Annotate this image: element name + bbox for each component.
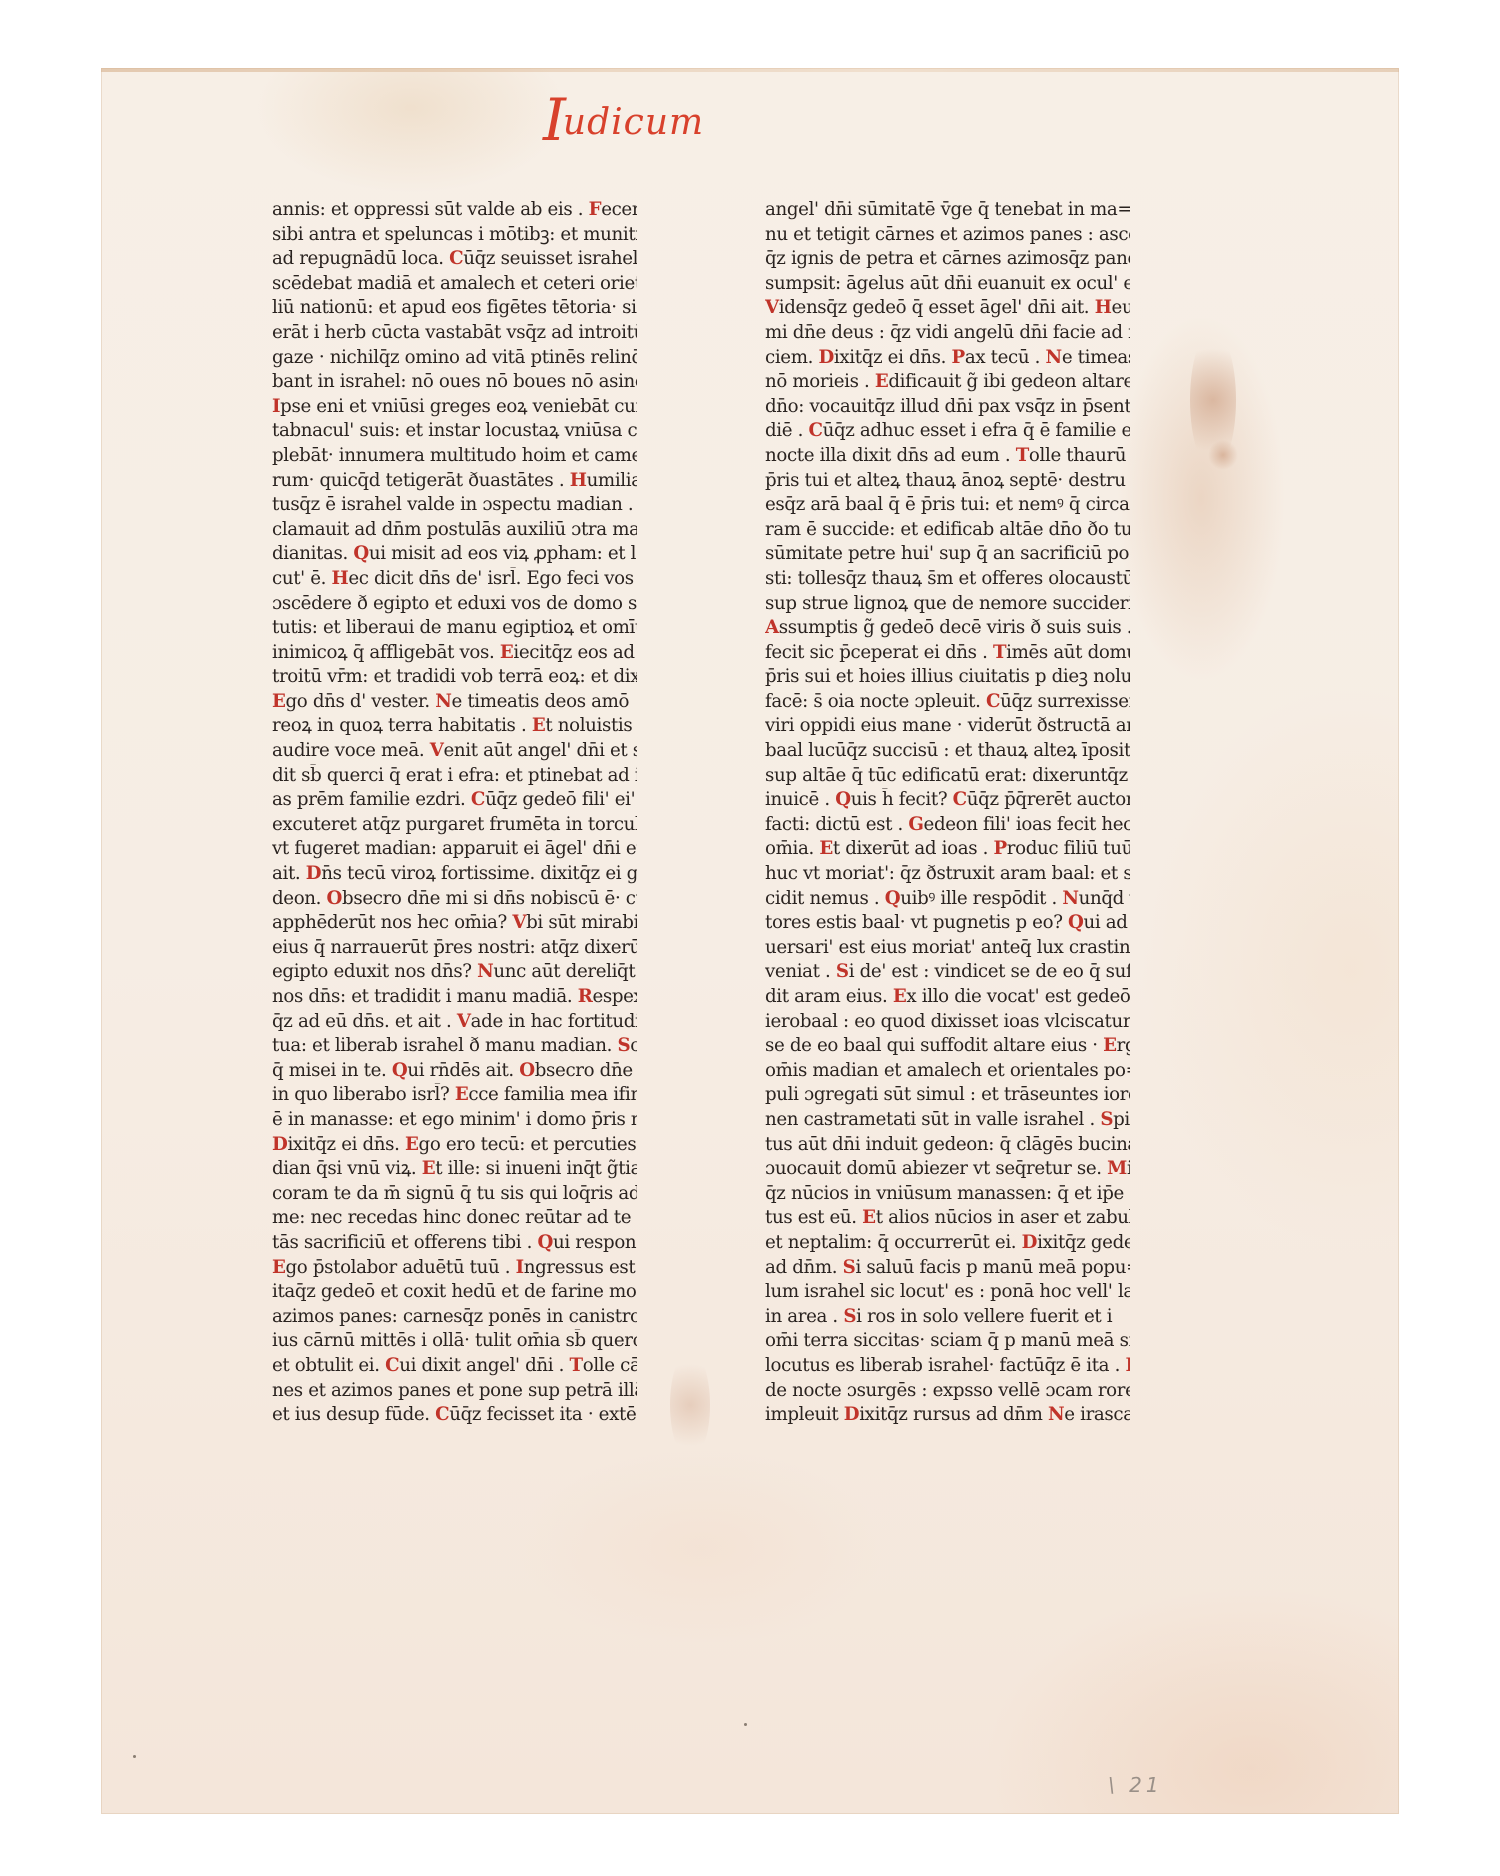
text-column-right: angel' dn̄i sūmitatē v̄ge q̄ tenebat in … bbox=[765, 198, 1130, 1428]
rubricated-initial: E bbox=[500, 642, 514, 663]
text-segment: diē . bbox=[765, 420, 808, 441]
text-line: liū nationū: et apud eos figētes tētoria… bbox=[272, 296, 637, 321]
text-segment: sup altāe q̄ tūc edificatū erat: dixerun… bbox=[765, 765, 1130, 786]
text-line: tus est eū. Et alios nūcios in aser et z… bbox=[765, 1206, 1130, 1231]
text-line: Ego dn̄s d' vester. Ne timeatis deos amō bbox=[272, 690, 637, 715]
text-segment: ixitq̄z ei dn̄s. bbox=[287, 1134, 405, 1155]
paper-speck bbox=[744, 1723, 747, 1726]
text-segment: vt fugeret madian: apparuit ei āgel' dn̄… bbox=[272, 838, 637, 859]
text-segment: ec dicit dn̄s de' isrl̄. Ego feci vos bbox=[348, 568, 633, 589]
rubricated-initial: E bbox=[1125, 1355, 1130, 1376]
text-line: ram ē succide: et edificab altāe dn̄o ðo… bbox=[765, 518, 1130, 543]
text-segment: e timeas : bbox=[1062, 347, 1130, 368]
rubricated-initial: C bbox=[953, 789, 967, 810]
text-segment: t alios nūcios in aser et zabulō bbox=[876, 1207, 1130, 1228]
rubricated-initial: I bbox=[516, 1257, 524, 1278]
rubricated-initial: T bbox=[570, 1355, 583, 1376]
rubricated-initial: V bbox=[457, 1011, 471, 1032]
text-segment: eceru͂tq̄z bbox=[601, 199, 637, 220]
rubricated-initial: D bbox=[306, 863, 321, 884]
text-line: ciem. Dixitq̄z ei dn̄s. Pax tecū . Ne ti… bbox=[765, 346, 1130, 371]
text-line: q̄z nūcios in vniūsum manassen: q̄ et ip… bbox=[765, 1182, 1130, 1207]
text-line: in quo liberabo isrl̄? Ecce familia mea … bbox=[272, 1083, 637, 1108]
rubricated-initial: S bbox=[1100, 1109, 1113, 1130]
text-segment: e irascat' bbox=[1064, 1404, 1130, 1425]
rubricated-initial: E bbox=[272, 691, 286, 712]
text-segment: veniat . bbox=[765, 961, 836, 982]
text-line: rum· quicq̄d tetigerāt ðuastātes . Humil… bbox=[272, 469, 637, 494]
rubricated-initial: C bbox=[986, 691, 1000, 712]
text-line: dian q̄si vnū viꝝ. Et ille: si inueni in… bbox=[272, 1157, 637, 1182]
text-segment: itaq̄z gedeō et coxit hedū et de farine … bbox=[272, 1281, 637, 1302]
text-segment: cito bbox=[630, 1035, 637, 1056]
text-segment: ɔuocauit domū abiezer vt seq̄retur se. bbox=[765, 1158, 1107, 1179]
text-segment: huc vt moriat': q̄z ðstruxit aram baal: … bbox=[765, 863, 1130, 884]
text-line: huc vt moriat': q̄z ðstruxit aram baal: … bbox=[765, 862, 1130, 887]
text-line: tās sacrificiū et offerens tibi . Qui re… bbox=[272, 1231, 637, 1256]
text-segment: azimos panes: carnesq̄z ponēs in canistr… bbox=[272, 1306, 637, 1327]
text-segment: nocte illa dixit dn̄s ad eum . bbox=[765, 445, 1016, 466]
text-segment: ūq̄z p̄q̄rerēt auctorē bbox=[967, 789, 1130, 810]
text-segment: ixitq̄z gedeō bbox=[1037, 1232, 1130, 1253]
text-segment: tusq̄z ē israhel valde in ɔspectu madian… bbox=[272, 494, 637, 515]
text-line: tores estis baal· vt pugnetis p eo? Qui … bbox=[765, 911, 1130, 936]
text-segment: ssumptis g̃ gedeō decē viris ð suis suis… bbox=[779, 617, 1130, 638]
text-line: mi dn̄e deus : q̄z vidi angelū dn̄i faci… bbox=[765, 321, 1130, 346]
text-segment: ciem. bbox=[765, 347, 818, 368]
rubricated-initial: Q bbox=[885, 888, 901, 909]
text-segment: fecit sic p̄ceperat ei dn̄s . bbox=[765, 642, 993, 663]
text-line: facē: s̄ oia nocte ɔpleuit. Cūq̄z surrex… bbox=[765, 690, 1130, 715]
text-line: reoꝝ in quoꝝ terra habitatis . Et noluis… bbox=[272, 714, 637, 739]
text-line: facti: dictū est . Gedeon fili' ioas fec… bbox=[765, 813, 1130, 838]
rubricated-initial: D bbox=[1022, 1232, 1037, 1253]
text-segment: tabnacul' suis: et instar locustaꝝ vniūs… bbox=[272, 420, 637, 441]
text-segment: facē: s̄ oia nocte ɔpleuit. bbox=[765, 691, 986, 712]
text-segment: imēs aūt domum bbox=[1006, 642, 1130, 663]
text-segment: uibꝰ ille respōdit . bbox=[900, 888, 1062, 909]
text-segment: cut' ē. bbox=[272, 568, 332, 589]
text-segment: sup strue lignoꝝ que de nemore succideri… bbox=[765, 593, 1130, 614]
text-line: p̄ris sui et hoies illius ciuitatis p di… bbox=[765, 665, 1130, 690]
text-line: q̄z ad eū dn̄s. et ait . Vade in hac for… bbox=[272, 1010, 637, 1035]
text-line: gaze · nichilq̄z omino ad vitā ptinēs re… bbox=[272, 346, 637, 371]
running-head-iudicum: Iudicum bbox=[543, 100, 704, 143]
text-segment: et neptalim: q̄ occurrerūt ei. bbox=[765, 1232, 1022, 1253]
text-segment: tua: et liberab israhel ð manu madian. bbox=[272, 1035, 617, 1056]
text-line: ierobaal : eo quod dixisset ioas vlcisca… bbox=[765, 1010, 1130, 1035]
rubricated-initial: E bbox=[819, 838, 833, 859]
text-line: ad repugnādū loca. Cūq̄z seuisset israhe… bbox=[272, 247, 637, 272]
rubricated-initial: O bbox=[519, 1060, 535, 1081]
text-segment: idensq̄z gedeō q̄ esset āgel' dn̄i ait. bbox=[779, 297, 1095, 318]
text-segment: ē in manasse: et ego minim' i domo p̄ris… bbox=[272, 1109, 637, 1130]
text-line: nen castrametati sūt in valle israhel . … bbox=[765, 1108, 1130, 1133]
text-segment: ixitq̄z rursus ad dn̄m bbox=[859, 1404, 1048, 1425]
text-segment: bsecro dn̄e mi bbox=[535, 1060, 637, 1081]
text-line: sūmitate petre hui' sup q̄ an sacrificiū… bbox=[765, 542, 1130, 567]
text-line: sup altāe q̄ tūc edificatū erat: dixerun… bbox=[765, 764, 1130, 789]
rubricated-initial: E bbox=[1103, 1035, 1117, 1056]
text-segment: nen castrametati sūt in valle israhel . bbox=[765, 1109, 1100, 1130]
text-line: tusq̄z ē israhel valde in ɔspectu madian… bbox=[272, 493, 637, 518]
rubricated-initial: S bbox=[843, 1306, 856, 1327]
text-segment: ius cārnū mittēs i ollā· tulit om̄ia sb̄… bbox=[272, 1330, 637, 1351]
rubricated-initial: H bbox=[570, 470, 587, 491]
text-segment: bant in israhel: nō oues nō boues nō asi… bbox=[272, 371, 637, 392]
text-segment: in quo liberabo isrl̄? bbox=[272, 1084, 455, 1105]
text-segment: sūmitate petre hui' sup q̄ an sacrificiū… bbox=[765, 543, 1130, 564]
text-line: me: nec recedas hinc donec reūtar ad te … bbox=[272, 1206, 637, 1231]
text-line: nō morieis . Edificauit g̃ ibi gedeon al… bbox=[765, 370, 1130, 395]
text-line: clamauit ad dn̄m postulās auxiliū ɔtra m… bbox=[272, 518, 637, 543]
rubricated-initial: Q bbox=[835, 789, 851, 810]
text-segment: liū nationū: et apud eos figētes tētoria… bbox=[272, 297, 637, 318]
text-segment: ūq̄z surrexissent bbox=[1000, 691, 1130, 712]
text-segment: dn̄o: vocauitq̄z illud dn̄i pax vsq̄z in… bbox=[765, 396, 1130, 417]
text-segment: de nocte ɔsurgēs : expsso vellē ɔcam ror… bbox=[765, 1380, 1130, 1401]
text-line: fecit sic p̄ceperat ei dn̄s . Timēs aūt … bbox=[765, 641, 1130, 666]
text-segment: inimicoꝝ q̄ affligebāt vos. bbox=[272, 642, 500, 663]
text-segment: e timeatis deos amō bbox=[451, 691, 629, 712]
text-column-left: annis: et oppressi sūt valde ab eis . Fe… bbox=[272, 198, 637, 1428]
text-segment: tutis: et liberaui de manu egiptioꝝ et o… bbox=[272, 617, 637, 638]
text-line: inimicoꝝ q̄ affligebāt vos. Eiecitq̄z eo… bbox=[272, 641, 637, 666]
rubricated-initial: Q bbox=[1068, 912, 1084, 933]
text-segment: om̄i terra siccitas· sciam q̄ p manū meā… bbox=[765, 1330, 1130, 1351]
rubricated-initial: Q bbox=[353, 543, 369, 564]
text-segment: edeon fili' ioas fecit hec bbox=[924, 814, 1130, 835]
text-line: de nocte ɔsurgēs : expsso vellē ɔcam ror… bbox=[765, 1379, 1130, 1404]
text-line: plebāt· innumera multitudo hoim et camel… bbox=[272, 444, 637, 469]
text-segment: nu et tetigit cārnes et azimos panes : a… bbox=[765, 224, 1130, 245]
text-line: tus aūt dn̄i induit gedeon: q̄ clāgēs bu… bbox=[765, 1133, 1130, 1158]
text-line: erāt i herb cūcta vastabāt vsq̄z ad intr… bbox=[272, 321, 637, 346]
leaf-top-edge bbox=[101, 68, 1399, 72]
rubricated-initial: S bbox=[617, 1035, 630, 1056]
text-segment: x illo die vocat' est gedeō bbox=[906, 986, 1130, 1007]
text-line: et ius desup fūde. Cūq̄z fecisset ita · … bbox=[272, 1403, 637, 1428]
rubricated-initial: C bbox=[471, 789, 485, 810]
text-segment: viri oppidi eius mane · viderūt ðstructā… bbox=[765, 715, 1130, 736]
text-segment: ad repugnādū loca. bbox=[272, 248, 449, 269]
rubricated-initial: E bbox=[422, 1158, 436, 1179]
text-segment: deon. bbox=[272, 888, 327, 909]
text-line: q̄ misei in te. Qui rn̄dēs ait. Obsecro … bbox=[272, 1059, 637, 1084]
text-segment: clamauit ad dn̄m postulās auxiliū ɔtra m… bbox=[272, 519, 637, 540]
text-segment: dificauit g̃ ibi gedeon altare bbox=[888, 371, 1130, 392]
text-line: sumpsit: āgelus aūt dn̄i euanuit ex ocul… bbox=[765, 272, 1130, 297]
text-line: baal lucūq̄z succisū : et thauꝝ alteꝝ īp… bbox=[765, 739, 1130, 764]
text-segment: ūq̄z seuisset israhel a= bbox=[463, 248, 637, 269]
text-line: dit aram eius. Ex illo die vocat' est ge… bbox=[765, 985, 1130, 1010]
text-segment: q̄ misei in te. bbox=[272, 1060, 392, 1081]
rubricated-initial: Q bbox=[392, 1060, 408, 1081]
text-line: troitū vr̄m: et tradidi vob terrā eoꝝ: e… bbox=[272, 665, 637, 690]
text-segment: ierobaal : eo quod dixisset ioas vlcisca… bbox=[765, 1011, 1130, 1032]
text-line: scēdebat madiā et amalech et ceteri orie… bbox=[272, 272, 637, 297]
text-segment: egipto eduxit nos dn̄s? bbox=[272, 961, 477, 982]
rubricated-initial: N bbox=[1062, 888, 1078, 909]
rubricated-initial: O bbox=[327, 888, 343, 909]
text-segment: olle thaurū bbox=[1029, 445, 1126, 466]
text-segment: ui rn̄dēs ait. bbox=[407, 1060, 519, 1081]
text-segment: tus aūt dn̄i induit gedeon: q̄ clāgēs bu… bbox=[765, 1134, 1130, 1155]
text-segment: me: nec recedas hinc donec reūtar ad te … bbox=[272, 1207, 637, 1228]
text-segment: ram ē succide: et edificab altāe dn̄o ðo… bbox=[765, 519, 1130, 540]
text-line: diē . Cūq̄z adhuc esset i efra q̄ ē fami… bbox=[765, 419, 1130, 444]
text-line: ius cārnū mittēs i ollā· tulit om̄ia sb̄… bbox=[272, 1329, 637, 1354]
rubricated-initial: E bbox=[532, 715, 546, 736]
text-segment: scēdebat madiā et amalech et ceteri orie… bbox=[272, 273, 637, 294]
text-line: inuicē . Quis h̄ fecit? Cūq̄z p̄q̄rerēt … bbox=[765, 788, 1130, 813]
text-segment: cidit nemus . bbox=[765, 888, 885, 909]
text-segment: go dn̄s d' vester. bbox=[286, 691, 436, 712]
text-line: azimos panes: carnesq̄z ponēs in canistr… bbox=[272, 1305, 637, 1330]
rubricated-initial: N bbox=[1048, 1404, 1064, 1425]
text-segment: ui misit ad eos viꝝ ꝓpham: et lo bbox=[369, 543, 637, 564]
text-segment: dianitas. bbox=[272, 543, 353, 564]
text-segment: ixitq̄z ei dn̄s. bbox=[834, 347, 952, 368]
water-stain bbox=[670, 1350, 710, 1460]
text-line: veniat . Si de' est : vindicet se de eo … bbox=[765, 960, 1130, 985]
rubricated-initial: N bbox=[477, 961, 493, 982]
text-segment: bsecro dn̄e mi si dn̄s nobiscū ē· cur g bbox=[342, 888, 637, 909]
rubricated-initial: Q bbox=[538, 1232, 554, 1253]
text-line: se de eo baal qui suffodit altare eius ·… bbox=[765, 1034, 1130, 1059]
text-line: ē in manasse: et ego minim' i domo p̄ris… bbox=[272, 1108, 637, 1133]
text-line: dn̄o: vocauitq̄z illud dn̄i pax vsq̄z in… bbox=[765, 395, 1130, 420]
rubricated-initial: I bbox=[272, 396, 280, 417]
rubricated-initial: S bbox=[843, 1257, 856, 1278]
text-segment: angel' dn̄i sūmitatē v̄ge q̄ tenebat in … bbox=[765, 199, 1130, 220]
rubricated-initial: H bbox=[1095, 297, 1112, 318]
text-line: uersari' est eius moriat' anteq̄ lux cra… bbox=[765, 936, 1130, 961]
text-segment: om̄is madian et amalech et orientales po… bbox=[765, 1060, 1130, 1081]
rubricated-initial: C bbox=[449, 248, 463, 269]
text-line: deon. Obsecro dn̄e mi si dn̄s nobiscū ē·… bbox=[272, 887, 637, 912]
text-segment: i de' est : vindicet se de eo q̄ suffo bbox=[849, 961, 1130, 982]
text-segment: ade in hac fortitudie bbox=[471, 1011, 637, 1032]
text-segment: dit sb̄ querci q̄ erat i efra: et ptineb… bbox=[272, 765, 637, 786]
text-segment: n̄s tecū viroꝝ fortissime. dixitq̄z ei g… bbox=[321, 863, 637, 884]
text-line: om̄ia. Et dixerūt ad ioas . Produc filiū… bbox=[765, 837, 1130, 862]
rubricated-initial: D bbox=[272, 1134, 287, 1155]
rubricated-initial: S bbox=[836, 961, 849, 982]
text-segment: go ero tecū: et percuties ma bbox=[419, 1134, 637, 1155]
text-segment: ait. bbox=[272, 863, 306, 884]
text-line: dit sb̄ querci q̄ erat i efra: et ptineb… bbox=[272, 764, 637, 789]
text-line: lum israhel sic locut' es : ponā hoc vel… bbox=[765, 1280, 1130, 1305]
text-line: Dixitq̄z ei dn̄s. Ego ero tecū: et percu… bbox=[272, 1133, 637, 1158]
text-segment: t ille: si inueni inq̄t g̃tiam bbox=[435, 1158, 637, 1179]
text-segment: sumpsit: āgelus aūt dn̄i euanuit ex ocul… bbox=[765, 273, 1130, 294]
text-line: sti: tollesq̄z thauꝝ s̄m et offeres oloc… bbox=[765, 567, 1130, 592]
text-line: dianitas. Qui misit ad eos viꝝ ꝓpham: et… bbox=[272, 542, 637, 567]
text-line: tua: et liberab israhel ð manu madian. S… bbox=[272, 1034, 637, 1059]
text-segment: unc aūt dereliq̄t bbox=[493, 961, 635, 982]
text-segment: tus est eū. bbox=[765, 1207, 862, 1228]
text-segment: p̄ris tui et alteꝝ thauꝝ ānoꝝ septē· des… bbox=[765, 470, 1126, 491]
text-segment: i saluū facis p manū meā popu= bbox=[855, 1257, 1130, 1278]
text-segment: troitū vr̄m: et tradidi vob terrā eoꝝ: e… bbox=[272, 666, 637, 687]
text-segment: se de eo baal qui suffodit altare eius · bbox=[765, 1035, 1103, 1056]
rubricated-initial: N bbox=[1046, 347, 1062, 368]
rubricated-initial: P bbox=[952, 347, 965, 368]
text-segment: q̄z ignis de petra et cārnes azimosq̄z p… bbox=[765, 248, 1130, 269]
rubricated-initial: E bbox=[893, 986, 907, 1007]
rubricated-initial: N bbox=[435, 691, 451, 712]
text-line: tabnacul' suis: et instar locustaꝝ vniūs… bbox=[272, 419, 637, 444]
rubricated-initial: D bbox=[818, 347, 833, 368]
rubricated-initial: E bbox=[405, 1134, 419, 1155]
text-line: ɔscēdere ð egipto et eduxi vos de domo s… bbox=[272, 592, 637, 617]
text-line: excuteret atq̄z purgaret frumēta in torc… bbox=[272, 813, 637, 838]
text-segment: erāt i herb cūcta vastabāt vsq̄z ad intr… bbox=[272, 322, 637, 343]
text-segment: ui respondit bbox=[553, 1232, 637, 1253]
text-segment: t noluistis bbox=[545, 715, 632, 736]
text-line: as prēm familie ezdri. Cūq̄z gedeō fili'… bbox=[272, 788, 637, 813]
text-segment: excuteret atq̄z purgaret frumēta in torc… bbox=[272, 814, 637, 835]
text-segment: apphēderūt nos hec om̄ia? bbox=[272, 912, 512, 933]
text-segment: dian q̄si vnū viꝝ. bbox=[272, 1158, 422, 1179]
rubricated-initial: T bbox=[993, 642, 1006, 663]
text-line: Vidensq̄z gedeō q̄ esset āgel' dn̄i ait.… bbox=[765, 296, 1130, 321]
text-line: tutis: et liberaui de manu egiptioꝝ et o… bbox=[272, 616, 637, 641]
text-segment: impleuit bbox=[765, 1404, 844, 1425]
text-segment: enit aūt angel' dn̄i et se bbox=[443, 740, 637, 761]
text-segment: isit bbox=[1127, 1158, 1130, 1179]
rubricated-initial: D bbox=[844, 1404, 859, 1425]
rubricated-initial: E bbox=[862, 1207, 876, 1228]
text-segment: rum· quicq̄d tetigerāt ðuastātes . bbox=[272, 470, 570, 491]
text-segment: mi dn̄e deus : q̄z vidi angelū dn̄i faci… bbox=[765, 322, 1130, 343]
text-segment: sti: tollesq̄z thauꝝ s̄m et offeres oloc… bbox=[765, 568, 1130, 589]
text-segment: inuicē . bbox=[765, 789, 835, 810]
text-segment: umilia bbox=[587, 470, 637, 491]
rubricated-initial: V bbox=[512, 912, 526, 933]
text-segment: ngressus est bbox=[524, 1257, 636, 1278]
text-segment: piri bbox=[1113, 1109, 1130, 1130]
rubricated-initial: A bbox=[765, 617, 779, 638]
text-segment: olle cā bbox=[583, 1355, 637, 1376]
text-line: itaq̄z gedeō et coxit hedū et de farine … bbox=[272, 1280, 637, 1305]
text-segment: sibi antra et speluncas i mōtibꝫ: et mun… bbox=[272, 224, 637, 245]
text-line: viri oppidi eius mane · viderūt ðstructā… bbox=[765, 714, 1130, 739]
text-segment: ad dn̄m. bbox=[765, 1257, 843, 1278]
rubricated-initial: G bbox=[908, 814, 923, 835]
text-line: nes et azimos panes et pone sup petrā il… bbox=[272, 1379, 637, 1404]
text-line: eius q̄ narrauerūt p̄res nostri: atq̄z d… bbox=[272, 936, 637, 961]
text-line: Ipse eni et vniūsi greges eoꝝ veniebāt c… bbox=[272, 395, 637, 420]
text-line: audire voce meā. Venit aūt angel' dn̄i e… bbox=[272, 739, 637, 764]
text-line: angel' dn̄i sūmitatē v̄ge q̄ tenebat in … bbox=[765, 198, 1130, 223]
rubricated-initial: P bbox=[993, 838, 1006, 859]
rubricated-initial: V bbox=[430, 740, 444, 761]
rubricated-initial: M bbox=[1107, 1158, 1127, 1179]
running-head-text: udicum bbox=[563, 102, 704, 143]
text-segment: om̄ia. bbox=[765, 838, 819, 859]
text-segment: nos dn̄s: et tradidit i manu madiā. bbox=[272, 986, 578, 1007]
text-line: impleuit Dixitq̄z rursus ad dn̄m Ne iras… bbox=[765, 1403, 1130, 1428]
text-line: esq̄z arā baal q̄ ē p̄ris tui: et nemꝰ q… bbox=[765, 493, 1130, 518]
rubricated-initial: R bbox=[578, 986, 593, 1007]
text-segment: ūq̄z fecisset ita · extēdit bbox=[449, 1404, 637, 1425]
pencil-folio-note: \ 21 bbox=[1108, 1773, 1163, 1797]
rubricated-initial: E bbox=[875, 371, 889, 392]
text-line: ɔuocauit domū abiezer vt seq̄retur se. M… bbox=[765, 1157, 1130, 1182]
text-segment: gaze · nichilq̄z omino ad vitā ptinēs re… bbox=[272, 347, 637, 368]
text-segment: eu bbox=[1112, 297, 1130, 318]
text-segment: cce familia mea ifima bbox=[468, 1084, 637, 1105]
text-segment: p̄ris sui et hoies illius ciuitatis p di… bbox=[765, 666, 1130, 687]
text-segment: q̄z nūcios in vniūsum manassen: q̄ et ip… bbox=[765, 1183, 1130, 1204]
rubricated-initial: E bbox=[272, 1257, 286, 1278]
text-line: q̄z ignis de petra et cārnes azimosq̄z p… bbox=[765, 247, 1130, 272]
text-segment: lum israhel sic locut' es : ponā hoc vel… bbox=[765, 1281, 1130, 1302]
text-segment: et obtulit ei. bbox=[272, 1355, 385, 1376]
text-line: ad dn̄m. Si saluū facis p manū meā popu= bbox=[765, 1256, 1130, 1281]
text-segment: ui ad bbox=[1084, 912, 1128, 933]
text-line: nos dn̄s: et tradidit i manu madiā. Resp… bbox=[272, 985, 637, 1010]
text-segment: ūq̄z adhuc esset i efra q̄ ē familie ezd… bbox=[823, 420, 1130, 441]
text-segment: as prēm familie ezdri. bbox=[272, 789, 471, 810]
rubricated-initial: C bbox=[385, 1355, 399, 1376]
rubricated-initial: F bbox=[589, 199, 602, 220]
text-line: om̄is madian et amalech et orientales po… bbox=[765, 1059, 1130, 1084]
text-segment: et ius desup fūde. bbox=[272, 1404, 435, 1425]
text-segment: facti: dictū est . bbox=[765, 814, 908, 835]
text-line: et obtulit ei. Cui dixit angel' dn̄i . T… bbox=[272, 1354, 637, 1379]
text-line: locutus es liberab israhel· factūq̄z ē i… bbox=[765, 1354, 1130, 1379]
text-segment: ax tecū . bbox=[965, 347, 1046, 368]
text-segment: puli ɔgregati sūt simul : et trāseuntes … bbox=[765, 1084, 1130, 1105]
text-segment: nō morieis . bbox=[765, 371, 875, 392]
text-line: sup strue lignoꝝ que de nemore succideri… bbox=[765, 592, 1130, 617]
text-segment: esq̄z arā baal q̄ ē p̄ris tui: et nemꝰ q… bbox=[765, 494, 1130, 515]
text-segment: annis: et oppressi sūt valde ab eis . bbox=[272, 199, 589, 220]
rubricated-initial: E bbox=[455, 1084, 469, 1105]
text-line: nocte illa dixit dn̄s ad eum . Tolle tha… bbox=[765, 444, 1130, 469]
text-line: bant in israhel: nō oues nō boues nō asi… bbox=[272, 370, 637, 395]
rubricated-initial: C bbox=[808, 420, 822, 441]
text-line: et neptalim: q̄ occurrerūt ei. Dixitq̄z … bbox=[765, 1231, 1130, 1256]
text-line: egipto eduxit nos dn̄s? Nunc aūt dereliq… bbox=[272, 960, 637, 985]
text-segment: baal lucūq̄z succisū : et thauꝝ alteꝝ īp… bbox=[765, 740, 1130, 761]
text-segment: ūq̄z gedeō fili' ei' bbox=[485, 789, 635, 810]
text-segment: espexit bbox=[592, 986, 637, 1007]
rubricated-initial: C bbox=[435, 1404, 449, 1425]
text-line: vt fugeret madian: apparuit ei āgel' dn̄… bbox=[272, 837, 637, 862]
text-segment: uis h̄ fecit? bbox=[851, 789, 953, 810]
text-segment: uersari' est eius moriat' anteq̄ lux cra… bbox=[765, 937, 1130, 958]
text-segment: ɔscēdere ð egipto et eduxi vos de domo s… bbox=[272, 593, 637, 614]
text-segment: bi sūt mirabilia bbox=[526, 912, 637, 933]
text-line: sibi antra et speluncas i mōtibꝫ: et mun… bbox=[272, 223, 637, 248]
text-line: Assumptis g̃ gedeō decē viris ð suis sui… bbox=[765, 616, 1130, 641]
text-segment: q̄z ad eū dn̄s. et ait . bbox=[272, 1011, 457, 1032]
paper-speck bbox=[133, 1755, 136, 1758]
text-line: in area . Si ros in solo vellere fuerit … bbox=[765, 1305, 1130, 1330]
text-segment: unq̄d v̄ bbox=[1079, 888, 1130, 909]
text-line: ait. Dn̄s tecū viroꝝ fortissime. dixitq̄… bbox=[272, 862, 637, 887]
text-segment: tores estis baal· vt pugnetis p eo? bbox=[765, 912, 1068, 933]
text-segment: eius q̄ narrauerūt p̄res nostri: atq̄z d… bbox=[272, 937, 637, 958]
text-segment: coram te da m̄ signū q̄ tu sis qui loq̄r… bbox=[272, 1183, 637, 1204]
text-segment: nes et azimos panes et pone sup petrā il… bbox=[272, 1380, 637, 1401]
rubricated-initial: H bbox=[332, 568, 349, 589]
water-stain bbox=[1208, 440, 1238, 470]
